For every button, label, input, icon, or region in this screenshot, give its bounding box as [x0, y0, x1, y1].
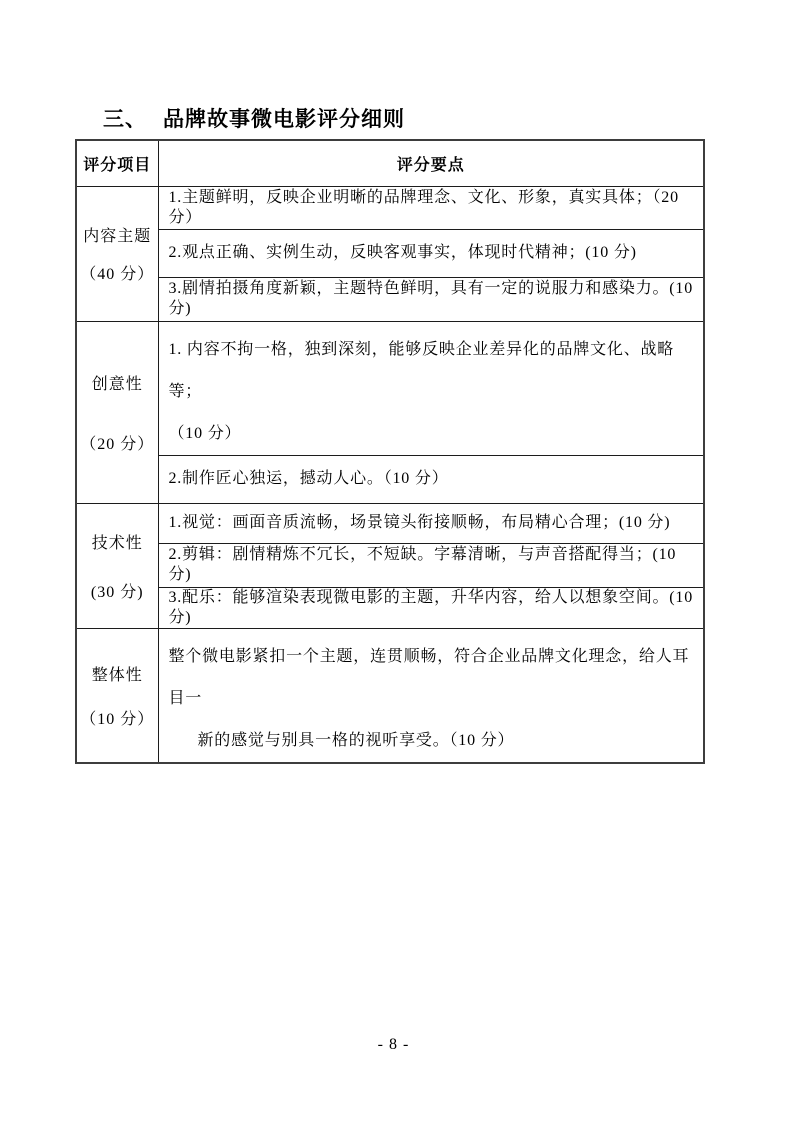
category-score: （40 分） [77, 261, 158, 284]
criteria-text: 1. 内容不拘一格，独到深刻，能够反映企业差异化的品牌文化、战略等； [169, 329, 700, 413]
criteria-text: 3.配乐：能够渲染表现微电影的主题，升华内容，给人以想象空间。(10 分) [169, 589, 694, 626]
table-row: 内容主题 （40 分） 1.主题鲜明，反映企业明晰的品牌理念、文化、形象，真实具… [76, 186, 704, 229]
criteria-cell: 1.视觉：画面音质流畅，场景镜头衔接顺畅，布局精心合理；(10 分) [158, 503, 704, 543]
document-page: 三、品牌故事微电影评分细则 评分项目 评分要点 内容主题 （40 分） 1.主题… [0, 0, 793, 1122]
category-score: (30 分) [77, 579, 158, 602]
table-row: 2.制作匠心独运，撼动人心。（10 分） [76, 455, 704, 503]
table-row: 创意性 （20 分） 1. 内容不拘一格，独到深刻，能够反映企业差异化的品牌文化… [76, 321, 704, 455]
category-score: （10 分） [77, 706, 158, 729]
category-name: 内容主题 [77, 223, 158, 246]
table-row: 3.配乐：能够渲染表现微电影的主题，升华内容，给人以想象空间。(10 分) [76, 587, 704, 628]
title-section-number: 三、 [103, 108, 147, 131]
table-row: 2.观点正确、实例生动，反映客观事实，体现时代精神；(10 分) [76, 229, 704, 277]
criteria-cell: 2.制作匠心独运，撼动人心。（10 分） [158, 455, 704, 503]
category-cell-technicality: 技术性 (30 分) [76, 503, 158, 628]
criteria-cell: 3.剧情拍摄角度新颖，主题特色鲜明，具有一定的说服力和感染力。(10 分) [158, 277, 704, 321]
criteria-text: 2.制作匠心独运，撼动人心。（10 分） [169, 470, 449, 487]
table-row: 3.剧情拍摄角度新颖，主题特色鲜明，具有一定的说服力和感染力。(10 分) [76, 277, 704, 321]
category-name: 整体性 [77, 662, 158, 685]
criteria-text: 新的感觉与别具一格的视听享受。（10 分） [169, 720, 700, 762]
criteria-text: 1.主题鲜明，反映企业明晰的品牌理念、文化、形象，真实具体；（20 分） [169, 189, 679, 226]
table-row: 技术性 (30 分) 1.视觉：画面音质流畅，场景镜头衔接顺畅，布局精心合理；(… [76, 503, 704, 543]
page-number: - 8 - [0, 1036, 787, 1054]
criteria-cell: 2.观点正确、实例生动，反映客观事实，体现时代精神；(10 分) [158, 229, 704, 277]
category-cell-integrity: 整体性 （10 分） [76, 628, 158, 763]
category-cell-creativity: 创意性 （20 分） [76, 321, 158, 503]
table-header-row: 评分项目 评分要点 [76, 140, 704, 186]
table-row: 整体性 （10 分） 整个微电影紧扣一个主题，连贯顺畅，符合企业品牌文化理念，给… [76, 628, 704, 763]
category-cell-content-theme: 内容主题 （40 分） [76, 186, 158, 321]
criteria-cell: 1.主题鲜明，反映企业明晰的品牌理念、文化、形象，真实具体；（20 分） [158, 186, 704, 229]
criteria-cell: 1. 内容不拘一格，独到深刻，能够反映企业差异化的品牌文化、战略等； （10 分… [158, 321, 704, 455]
title-text: 品牌故事微电影评分细则 [163, 108, 405, 131]
criteria-text: 整个微电影紧扣一个主题，连贯顺畅，符合企业品牌文化理念，给人耳目一 [169, 636, 700, 720]
criteria-text: 3.剧情拍摄角度新颖，主题特色鲜明，具有一定的说服力和感染力。(10 分) [169, 280, 694, 317]
criteria-text: （10 分） [169, 413, 700, 455]
criteria-text: 2.观点正确、实例生动，反映客观事实，体现时代精神；(10 分) [169, 244, 637, 261]
criteria-cell: 3.配乐：能够渲染表现微电影的主题，升华内容，给人以想象空间。(10 分) [158, 587, 704, 628]
table-row: 2.剪辑：剧情精炼不冗长，不短缺。字幕清晰，与声音搭配得当；(10 分) [76, 543, 704, 587]
criteria-text: 1.视觉：画面音质流畅，场景镜头衔接顺畅，布局精心合理；(10 分) [169, 514, 671, 531]
column-header-scoring-item: 评分项目 [76, 140, 158, 186]
category-name: 技术性 [77, 530, 158, 553]
page-title: 三、品牌故事微电影评分细则 [103, 103, 405, 133]
category-score: （20 分） [77, 431, 158, 454]
category-name: 创意性 [77, 371, 158, 394]
scoring-table: 评分项目 评分要点 内容主题 （40 分） 1.主题鲜明，反映企业明晰的品牌理念… [75, 139, 705, 764]
criteria-cell: 整个微电影紧扣一个主题，连贯顺畅，符合企业品牌文化理念，给人耳目一 新的感觉与别… [158, 628, 704, 763]
criteria-text: 2.剪辑：剧情精炼不冗长，不短缺。字幕清晰，与声音搭配得当；(10 分) [169, 546, 677, 583]
column-header-scoring-points: 评分要点 [158, 140, 704, 186]
criteria-cell: 2.剪辑：剧情精炼不冗长，不短缺。字幕清晰，与声音搭配得当；(10 分) [158, 543, 704, 587]
